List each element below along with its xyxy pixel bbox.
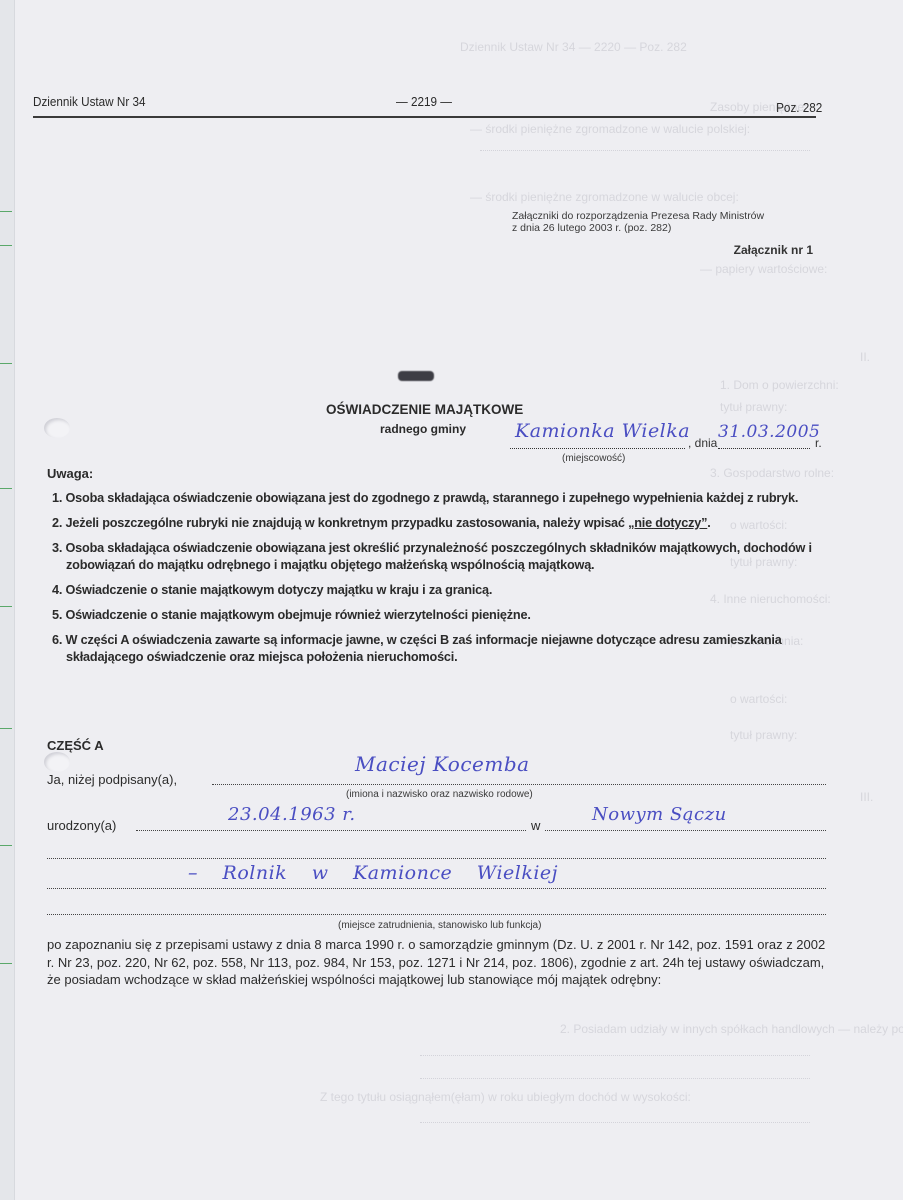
annex-line-1: Załączniki do rozporządzenia Prezesa Rad… bbox=[512, 210, 764, 222]
running-header: Dziennik Ustaw Nr 34 — 2219 — Poz. 282 bbox=[33, 94, 816, 118]
punch-hole bbox=[44, 418, 70, 438]
form-title: OŚWIADCZENIE MAJĄTKOWE bbox=[326, 402, 523, 417]
note-item: 2. Jeżeli poszczególne rubryki nie znajd… bbox=[52, 515, 822, 532]
bleed-through-line: tytuł prawny: bbox=[720, 400, 787, 414]
bleed-through-rule bbox=[420, 1055, 810, 1056]
margin-mark bbox=[0, 211, 12, 212]
journal-title: Dziennik Ustaw Nr 34 bbox=[33, 94, 146, 109]
note-item: 6. W części A oświadczenia zawarte są in… bbox=[52, 632, 822, 666]
note-item: 4. Oświadczenie o stanie majątkowym doty… bbox=[52, 582, 822, 599]
bleed-through-line: III. bbox=[860, 790, 873, 804]
bleed-through-line: o wartości: bbox=[730, 692, 787, 706]
part-a-heading: CZĘŚĆ A bbox=[47, 738, 104, 753]
place-caption: (miejscowość) bbox=[562, 453, 625, 464]
born-in-label: w bbox=[531, 818, 540, 833]
declaration-paragraph: po zapoznaniu się z przepisami ustawy z … bbox=[47, 936, 831, 989]
position-number: Poz. 282 bbox=[776, 100, 822, 115]
margin-mark bbox=[0, 606, 12, 607]
bleed-through-line: — środki pieniężne zgromadzone w walucie… bbox=[470, 190, 739, 204]
note-emphasis: „nie dotyczy” bbox=[628, 516, 707, 530]
bleed-through-line: — środki pieniężne zgromadzone w walucie… bbox=[470, 122, 750, 136]
place-value: Kamionka Wielka bbox=[515, 420, 690, 442]
margin-mark bbox=[0, 963, 12, 964]
margin-mark bbox=[0, 363, 12, 364]
born-label: urodzony(a) bbox=[47, 818, 116, 833]
bleed-through-line: 3. Gospodarstwo rolne: bbox=[710, 466, 834, 480]
note-item: 3. Osoba składająca oświadczenie obowiąz… bbox=[52, 540, 822, 574]
date-label: , dnia bbox=[688, 436, 717, 450]
scan-edge bbox=[0, 0, 15, 1200]
bleed-through-rule bbox=[420, 1078, 810, 1079]
notes-list: 1. Osoba składająca oświadczenie obowiąz… bbox=[52, 490, 822, 674]
form-subtitle: radnego gminy bbox=[380, 422, 466, 436]
margin-mark bbox=[0, 245, 12, 246]
bleed-through-line: 2. Posiadam udziały w innych spółkach ha… bbox=[560, 1022, 903, 1036]
note-item: 1. Osoba składająca oświadczenie obowiąz… bbox=[52, 490, 822, 507]
bleed-through-line: 1. Dom o powierzchni: bbox=[720, 378, 839, 392]
date-value: 31.03.2005 bbox=[718, 422, 820, 442]
margin-mark bbox=[0, 488, 12, 489]
bleed-through-line: Z tego tytułu osiągnąłem(ęłam) w roku ub… bbox=[320, 1090, 691, 1104]
punch-hole bbox=[44, 752, 70, 772]
bleed-through-line: II. bbox=[860, 350, 870, 364]
employment-caption: (miejsce zatrudnienia, stanowisko lub fu… bbox=[338, 920, 541, 931]
margin-mark bbox=[0, 728, 12, 729]
crossed-out-stamp bbox=[398, 371, 434, 381]
employment-value: – Rolnik w Kamionce Wielkiej bbox=[188, 862, 558, 884]
bleed-through-line: tytuł prawny: bbox=[730, 728, 797, 742]
page-number: — 2219 — bbox=[396, 94, 452, 109]
annex-line-2: z dnia 26 lutego 2003 r. (poz. 282) bbox=[512, 222, 764, 234]
birth-place-value: Nowym Sączu bbox=[592, 804, 727, 825]
name-caption: (imiona i nazwisko oraz nazwisko rodowe) bbox=[346, 789, 533, 800]
signed-label: Ja, niżej podpisany(a), bbox=[47, 772, 177, 787]
bleed-through-rule bbox=[420, 1122, 810, 1123]
annex-reference: Załączniki do rozporządzenia Prezesa Rad… bbox=[512, 210, 764, 234]
birth-date-value: 23.04.1963 r. bbox=[228, 804, 356, 825]
note-item: 5. Oświadczenie o stanie majątkowym obej… bbox=[52, 607, 822, 624]
employment-field-line-1[interactable] bbox=[47, 846, 826, 859]
margin-mark bbox=[0, 845, 12, 846]
notes-heading: Uwaga: bbox=[47, 466, 93, 481]
annex-number: Załącznik nr 1 bbox=[734, 243, 813, 257]
name-value: Maciej Kocemba bbox=[355, 752, 530, 776]
employment-field-line-3[interactable] bbox=[47, 902, 826, 915]
date-suffix: r. bbox=[815, 436, 822, 450]
bleed-through-rule bbox=[480, 150, 810, 151]
bleed-through-header: Dziennik Ustaw Nr 34 — 2220 — Poz. 282 bbox=[460, 40, 687, 54]
note-text: 2. Jeżeli poszczególne rubryki nie znajd… bbox=[52, 516, 625, 530]
bleed-through-line: — papiery wartościowe: bbox=[700, 262, 827, 276]
